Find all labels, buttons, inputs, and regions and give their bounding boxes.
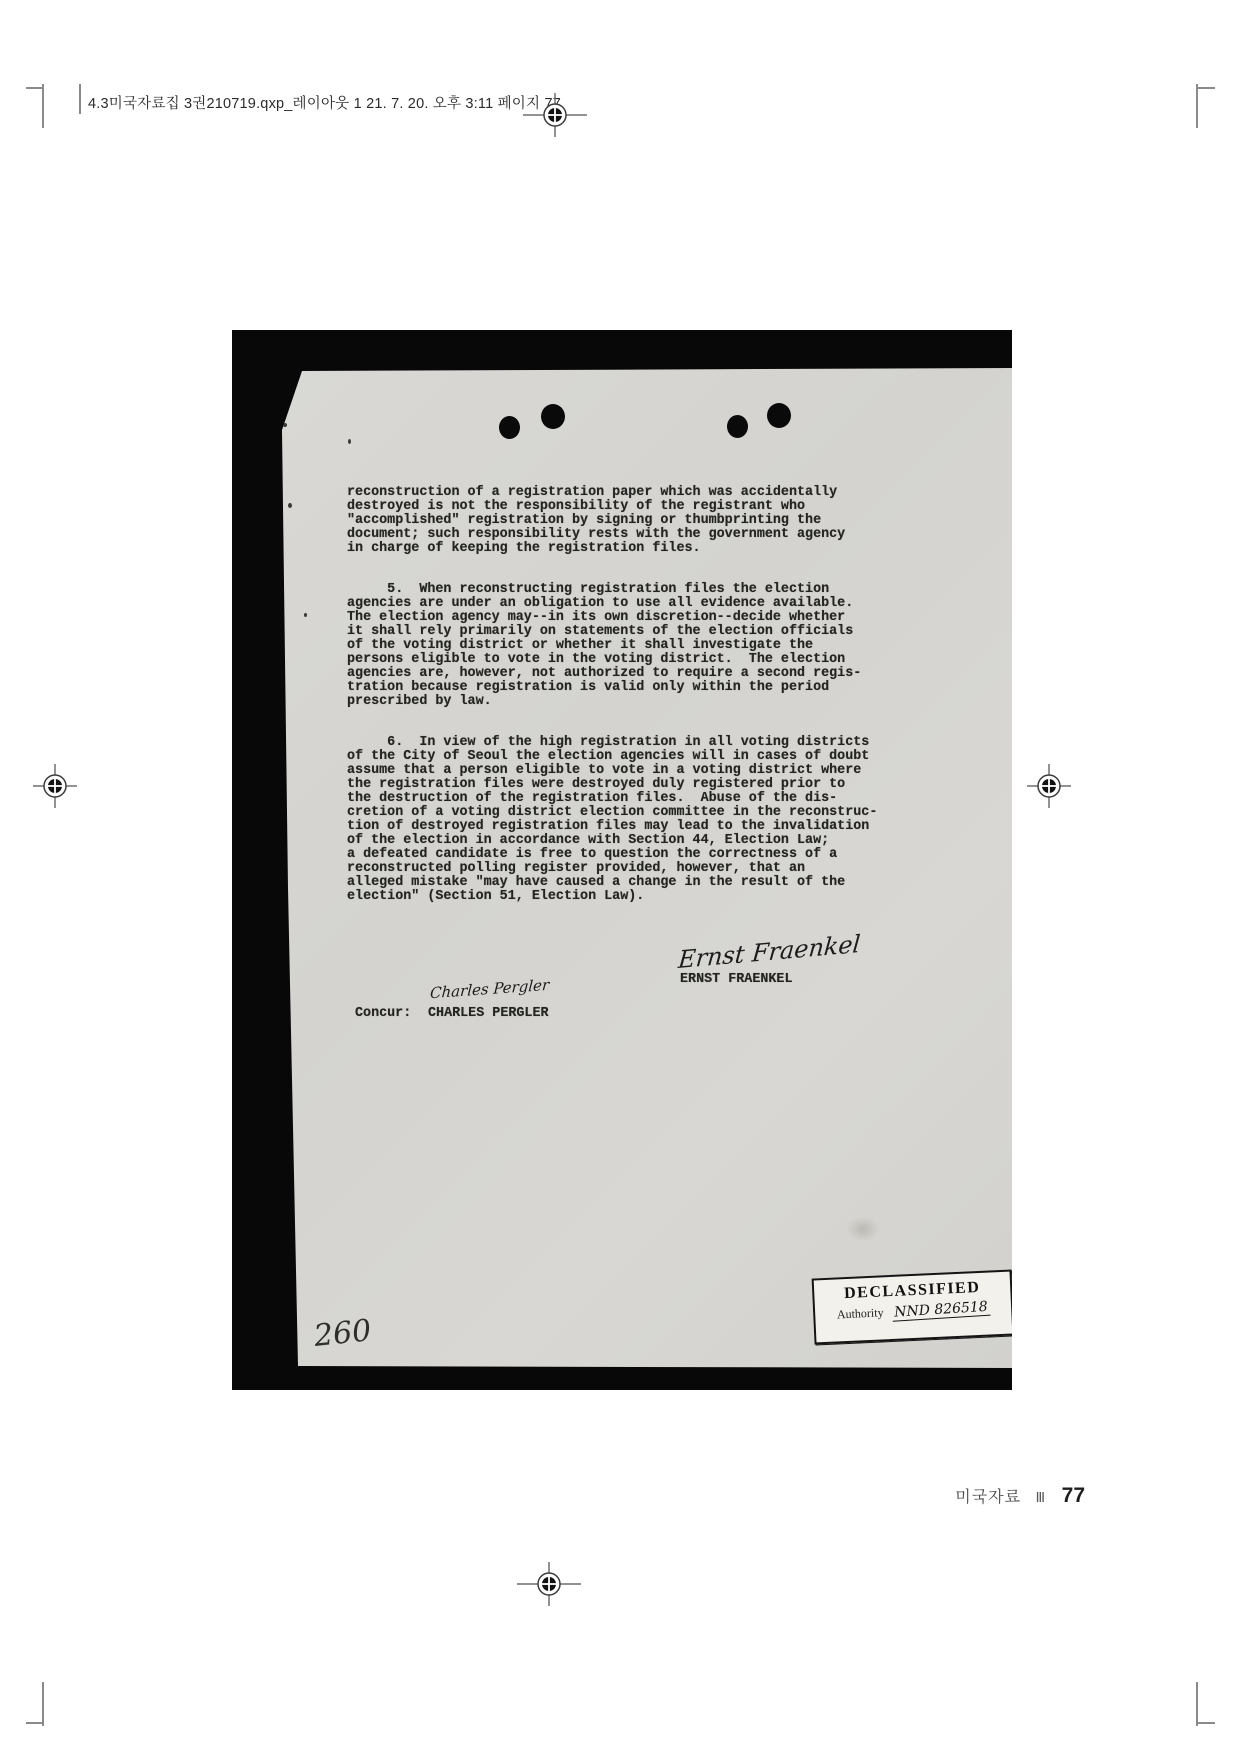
crop-mark xyxy=(79,84,81,114)
stamp-authority-label: Authority xyxy=(837,1305,884,1321)
crop-mark xyxy=(26,1722,44,1724)
registration-mark-right xyxy=(1027,764,1071,808)
fraenkel-signature-script: Ernst Fraenkel xyxy=(677,930,861,974)
crop-mark xyxy=(42,84,44,128)
typed-paragraph: 6. In view of the high registration in a… xyxy=(347,736,927,904)
crop-mark xyxy=(1196,1682,1198,1726)
paper-speck xyxy=(283,423,287,427)
punch-hole xyxy=(767,403,791,428)
declassified-stamp: DECLASSIFIED Authority NND 826518 xyxy=(812,1269,1015,1344)
registration-mark-bottom xyxy=(517,1562,581,1606)
book-footer: 미국자료 Ⅲ 77 xyxy=(940,1484,1085,1508)
handwritten-page-number: 260 xyxy=(312,1313,373,1354)
print-header-filename: 4.3미국자료집 3권210719.qxp_레이아웃 1 21. 7. 20. … xyxy=(88,92,561,113)
crop-mark xyxy=(26,87,44,89)
paper-smudge xyxy=(846,1216,880,1242)
registration-mark-top xyxy=(523,93,587,137)
footer-series-label: 미국자료 xyxy=(955,1489,1021,1506)
footer-volume-numeral: Ⅲ xyxy=(1036,1489,1046,1505)
footer-page-number: 77 xyxy=(1062,1484,1085,1507)
punch-hole xyxy=(541,404,565,429)
punch-hole xyxy=(499,416,520,439)
crop-mark xyxy=(1197,87,1215,89)
registration-mark-left xyxy=(33,764,77,808)
typed-text-block: reconstruction of a registration paper w… xyxy=(347,486,927,931)
concur-label: Concur: xyxy=(355,1006,411,1021)
fraenkel-signature-typed: ERNST FRAENKEL xyxy=(680,972,793,987)
typed-paragraph: reconstruction of a registration paper w… xyxy=(347,486,927,556)
crop-mark xyxy=(42,1682,44,1726)
punch-hole xyxy=(727,415,748,438)
pergler-signature-script: Charles Pergler xyxy=(430,976,550,1002)
book-page: { "header": { "file_info": "4.3미국자료집 3권2… xyxy=(0,0,1240,1755)
pergler-signature-typed: CHARLES PERGLER xyxy=(428,1006,549,1021)
crop-mark xyxy=(1197,1722,1215,1724)
paper-speck xyxy=(304,613,307,617)
crop-mark xyxy=(1196,84,1198,128)
paper-speck xyxy=(288,503,292,508)
typed-paragraph: 5. When reconstructing registration file… xyxy=(347,583,927,709)
scanned-document-area: reconstruction of a registration paper w… xyxy=(232,330,1012,1390)
paper-speck xyxy=(348,439,351,444)
stamp-authority-value: NND 826518 xyxy=(891,1299,989,1322)
document-paper: reconstruction of a registration paper w… xyxy=(258,368,1012,1368)
paper-torn-notch xyxy=(258,410,270,426)
